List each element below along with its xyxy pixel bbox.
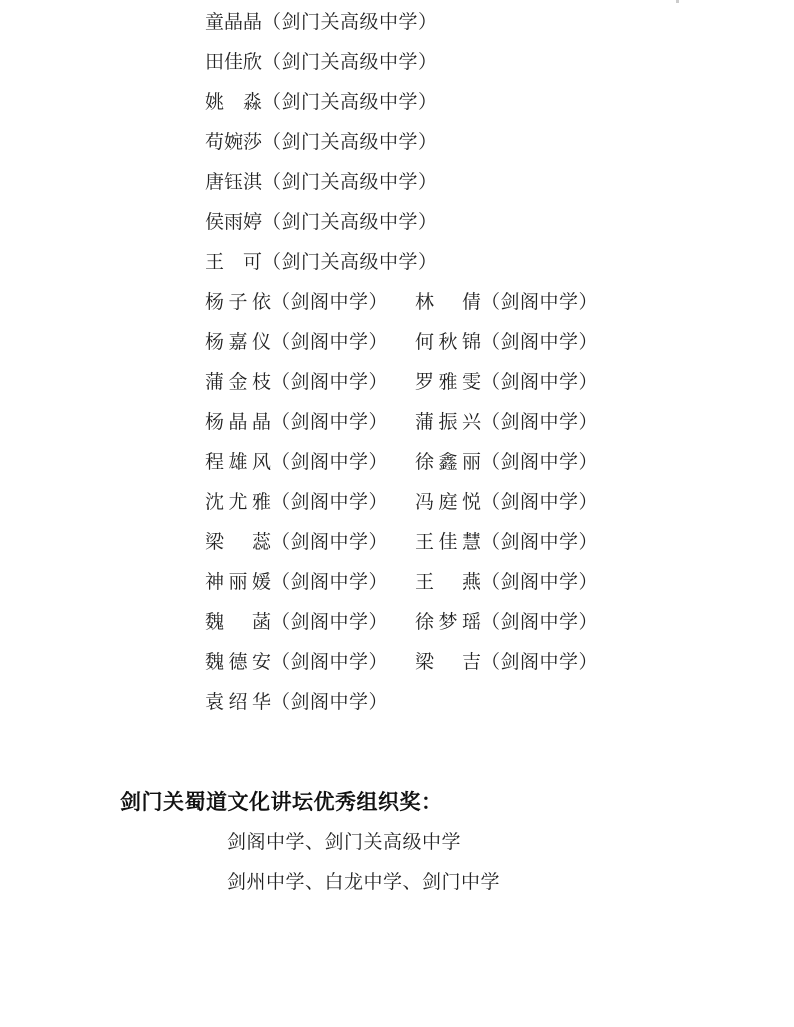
list-item: 童晶晶（剑门关高级中学） xyxy=(205,2,415,42)
school-name: （剑阁中学） xyxy=(481,442,598,482)
student-name: 王佳慧 xyxy=(415,522,481,562)
list-row: 魏德安（剑阁中学）梁 吉（剑阁中学） xyxy=(205,642,625,682)
student-name: 梁 吉 xyxy=(415,642,481,682)
list-item: 徐梦瑶（剑阁中学） xyxy=(415,602,625,642)
list-item: 梁 吉（剑阁中学） xyxy=(415,642,625,682)
list-item: 王 可（剑门关高级中学） xyxy=(205,242,415,282)
student-name: 梁 蕊 xyxy=(205,522,271,562)
list-item: 杨子依（剑阁中学） xyxy=(205,282,415,322)
student-name: 蒲振兴 xyxy=(415,402,481,442)
list-item: 程雄风（剑阁中学） xyxy=(205,442,415,482)
school-name: （剑阁中学） xyxy=(271,682,388,722)
corner-mark xyxy=(676,0,679,3)
list-item: 袁绍华（剑阁中学） xyxy=(205,682,415,722)
school-name: （剑门关高级中学） xyxy=(262,202,438,242)
list-item: 神丽媛（剑阁中学） xyxy=(205,562,415,602)
list-row: 唐钰淇（剑门关高级中学） xyxy=(205,162,625,202)
student-name: 罗雅雯 xyxy=(415,362,481,402)
list-row: 王 可（剑门关高级中学） xyxy=(205,242,625,282)
student-name: 姚 淼 xyxy=(205,82,262,122)
student-name: 苟婉莎 xyxy=(205,122,262,162)
school-name: （剑阁中学） xyxy=(271,282,388,322)
list-row: 苟婉莎（剑门关高级中学） xyxy=(205,122,625,162)
student-name: 田佳欣 xyxy=(205,42,262,82)
student-name: 王 燕 xyxy=(415,562,481,602)
student-name: 杨子依 xyxy=(205,282,271,322)
student-name: 魏德安 xyxy=(205,642,271,682)
student-name: 徐梦瑶 xyxy=(415,602,481,642)
list-item: 侯雨婷（剑门关高级中学） xyxy=(205,202,415,242)
student-name: 杨嘉仪 xyxy=(205,322,271,362)
list-row: 姚 淼（剑门关高级中学） xyxy=(205,82,625,122)
list-item: 田佳欣（剑门关高级中学） xyxy=(205,42,415,82)
school-name: （剑阁中学） xyxy=(481,322,598,362)
school-name: （剑阁中学） xyxy=(271,482,388,522)
school-name: （剑阁中学） xyxy=(481,482,598,522)
student-name: 沈尤雅 xyxy=(205,482,271,522)
student-name: 徐鑫丽 xyxy=(415,442,481,482)
school-name: （剑门关高级中学） xyxy=(262,122,438,162)
student-name: 袁绍华 xyxy=(205,682,271,722)
list-item: 沈尤雅（剑阁中学） xyxy=(205,482,415,522)
list-row: 袁绍华（剑阁中学） xyxy=(205,682,625,722)
student-name: 唐钰淇 xyxy=(205,162,262,202)
list-item: 苟婉莎（剑门关高级中学） xyxy=(205,122,415,162)
list-row: 蒲金枝（剑阁中学）罗雅雯（剑阁中学） xyxy=(205,362,625,402)
school-name: （剑阁中学） xyxy=(481,362,598,402)
school-name: （剑阁中学） xyxy=(481,282,598,322)
list-item: 蒲振兴（剑阁中学） xyxy=(415,402,625,442)
student-name: 神丽媛 xyxy=(205,562,271,602)
school-name: （剑阁中学） xyxy=(271,602,388,642)
award-winners-line: 剑州中学、白龙中学、剑门中学 xyxy=(227,862,500,902)
student-name: 程雄风 xyxy=(205,442,271,482)
list-item: 何秋锦（剑阁中学） xyxy=(415,322,625,362)
student-name: 冯庭悦 xyxy=(415,482,481,522)
list-item: 姚 淼（剑门关高级中学） xyxy=(205,82,415,122)
school-name: （剑阁中学） xyxy=(271,522,388,562)
list-item: 杨嘉仪（剑阁中学） xyxy=(205,322,415,362)
list-item: 魏德安（剑阁中学） xyxy=(205,642,415,682)
school-name: （剑阁中学） xyxy=(481,522,598,562)
list-item: 杨晶晶（剑阁中学） xyxy=(205,402,415,442)
student-name: 童晶晶 xyxy=(205,2,262,42)
list-row: 神丽媛（剑阁中学）王 燕（剑阁中学） xyxy=(205,562,625,602)
list-row: 田佳欣（剑门关高级中学） xyxy=(205,42,625,82)
list-item: 唐钰淇（剑门关高级中学） xyxy=(205,162,415,202)
list-row: 侯雨婷（剑门关高级中学） xyxy=(205,202,625,242)
school-name: （剑阁中学） xyxy=(481,602,598,642)
list-item: 林 倩（剑阁中学） xyxy=(415,282,625,322)
student-name: 杨晶晶 xyxy=(205,402,271,442)
list-row: 杨晶晶（剑阁中学）蒲振兴（剑阁中学） xyxy=(205,402,625,442)
school-name: （剑阁中学） xyxy=(271,642,388,682)
student-name: 侯雨婷 xyxy=(205,202,262,242)
list-item: 魏 菡（剑阁中学） xyxy=(205,602,415,642)
list-row: 童晶晶（剑门关高级中学） xyxy=(205,2,625,42)
school-name: （剑门关高级中学） xyxy=(262,162,438,202)
school-name: （剑门关高级中学） xyxy=(262,242,438,282)
school-name: （剑门关高级中学） xyxy=(262,2,438,42)
list-row: 杨子依（剑阁中学）林 倩（剑阁中学） xyxy=(205,282,625,322)
award-section: 剑门关蜀道文化讲坛优秀组织奖： 剑阁中学、剑门关高级中学 剑州中学、白龙中学、剑… xyxy=(120,782,500,902)
student-name: 蒲金枝 xyxy=(205,362,271,402)
award-winners-line: 剑阁中学、剑门关高级中学 xyxy=(227,822,500,862)
list-row: 程雄风（剑阁中学）徐鑫丽（剑阁中学） xyxy=(205,442,625,482)
list-item: 梁 蕊（剑阁中学） xyxy=(205,522,415,562)
school-name: （剑门关高级中学） xyxy=(262,82,438,122)
student-name: 林 倩 xyxy=(415,282,481,322)
list-row: 梁 蕊（剑阁中学）王佳慧（剑阁中学） xyxy=(205,522,625,562)
school-name: （剑阁中学） xyxy=(271,562,388,602)
list-item: 王 燕（剑阁中学） xyxy=(415,562,625,602)
list-item: 蒲金枝（剑阁中学） xyxy=(205,362,415,402)
list-item: 罗雅雯（剑阁中学） xyxy=(415,362,625,402)
list-item: 王佳慧（剑阁中学） xyxy=(415,522,625,562)
student-name: 王 可 xyxy=(205,242,262,282)
document-page: 童晶晶（剑门关高级中学）田佳欣（剑门关高级中学）姚 淼（剑门关高级中学）苟婉莎（… xyxy=(0,0,794,1027)
list-row: 沈尤雅（剑阁中学）冯庭悦（剑阁中学） xyxy=(205,482,625,522)
school-name: （剑门关高级中学） xyxy=(262,42,438,82)
school-name: （剑阁中学） xyxy=(271,402,388,442)
award-winners: 剑阁中学、剑门关高级中学 剑州中学、白龙中学、剑门中学 xyxy=(227,822,500,902)
student-name: 何秋锦 xyxy=(415,322,481,362)
school-name: （剑阁中学） xyxy=(271,322,388,362)
award-title: 剑门关蜀道文化讲坛优秀组织奖： xyxy=(120,782,500,822)
school-name: （剑阁中学） xyxy=(271,442,388,482)
list-row: 杨嘉仪（剑阁中学）何秋锦（剑阁中学） xyxy=(205,322,625,362)
school-name: （剑阁中学） xyxy=(481,402,598,442)
school-name: （剑阁中学） xyxy=(481,642,598,682)
school-name: （剑阁中学） xyxy=(481,562,598,602)
student-name-list: 童晶晶（剑门关高级中学）田佳欣（剑门关高级中学）姚 淼（剑门关高级中学）苟婉莎（… xyxy=(205,2,625,722)
list-item: 冯庭悦（剑阁中学） xyxy=(415,482,625,522)
school-name: （剑阁中学） xyxy=(271,362,388,402)
student-name: 魏 菡 xyxy=(205,602,271,642)
list-item: 徐鑫丽（剑阁中学） xyxy=(415,442,625,482)
list-row: 魏 菡（剑阁中学）徐梦瑶（剑阁中学） xyxy=(205,602,625,642)
